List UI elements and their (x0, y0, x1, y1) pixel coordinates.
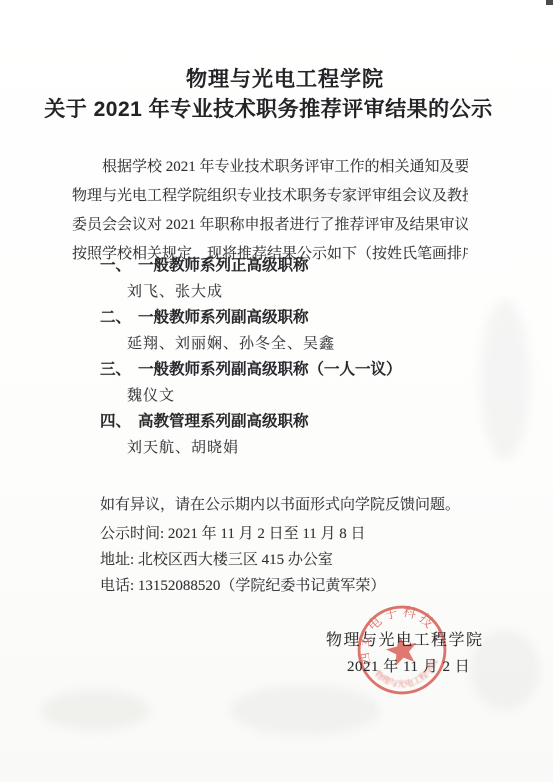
section-names: 刘天航、胡晓娟 (100, 435, 500, 461)
seal-graphic: 西安电子科技大学 物理与光电工程学院 (356, 604, 448, 696)
address-line: 地址: 北校区西大楼三区 415 办公室 (100, 547, 500, 573)
section-index: 四、 (100, 409, 138, 435)
signature-date: 2021 年 11 月 2 日 (347, 655, 507, 676)
section-title: 高教管理系列副高级职称 (138, 409, 309, 435)
section-index: 三、 (100, 357, 138, 383)
scan-corner-artifact (546, 0, 553, 5)
section-names: 刘飞、张大成 (100, 279, 500, 305)
scan-noise (40, 690, 150, 730)
footer-notes: 如有异议，请在公示期内以书面形式向学院反馈问题。 公示时间: 2021 年 11… (100, 492, 500, 599)
section-title: 一般教师系列正高级职称 (138, 253, 309, 279)
section-index: 二、 (100, 305, 138, 331)
intro-line: 委员会会议对 2021 年职称申报者进行了推荐评审及结果审议。 (72, 211, 468, 240)
section-title: 一般教师系列副高级职称 (138, 305, 309, 331)
section-heading: 一、 一般教师系列正高级职称 (100, 253, 500, 279)
document-subtitle: 关于 2021 年专业技术职务推荐评审结果的公示 (0, 93, 537, 123)
official-seal: 西安电子科技大学 物理与光电工程学院 (356, 604, 448, 696)
section-names: 延翔、刘丽娴、孙冬全、吴鑫 (100, 331, 500, 357)
section-names: 魏仪文 (100, 383, 500, 409)
section-heading: 三、 一般教师系列副高级职称（一人一议） (100, 357, 500, 383)
section-index: 一、 (100, 253, 138, 279)
intro-line: 根据学校 2021 年专业技术职务评审工作的相关通知及要求， (72, 153, 468, 182)
intro-paragraph: 根据学校 2021 年专业技术职务评审工作的相关通知及要求， 物理与光电工程学院… (72, 153, 468, 269)
feedback-note: 如有异议，请在公示期内以书面形式向学院反馈问题。 (100, 492, 500, 518)
phone-line: 电话: 13152088520（学院纪委书记黄军荣） (100, 573, 500, 599)
intro-line: 物理与光电工程学院组织专业技术职务专家评审组会议及教授 (72, 182, 468, 211)
section-heading: 二、 一般教师系列副高级职称 (100, 305, 500, 331)
scanned-announcement-page: 物理与光电工程学院 关于 2021 年专业技术职务推荐评审结果的公示 根据学校 … (0, 0, 553, 782)
section-title: 一般教师系列副高级职称（一人一议） (138, 357, 402, 383)
signature-unit: 物理与光电工程学院 (326, 627, 486, 650)
result-sections: 一、 一般教师系列正高级职称 刘飞、张大成 二、 一般教师系列副高级职称 延翔、… (100, 253, 500, 461)
section-heading: 四、 高教管理系列副高级职称 (100, 409, 500, 435)
document-title: 物理与光电工程学院 (0, 63, 553, 93)
publicity-period: 公示时间: 2021 年 11 月 2 日至 11 月 8 日 (100, 521, 500, 547)
